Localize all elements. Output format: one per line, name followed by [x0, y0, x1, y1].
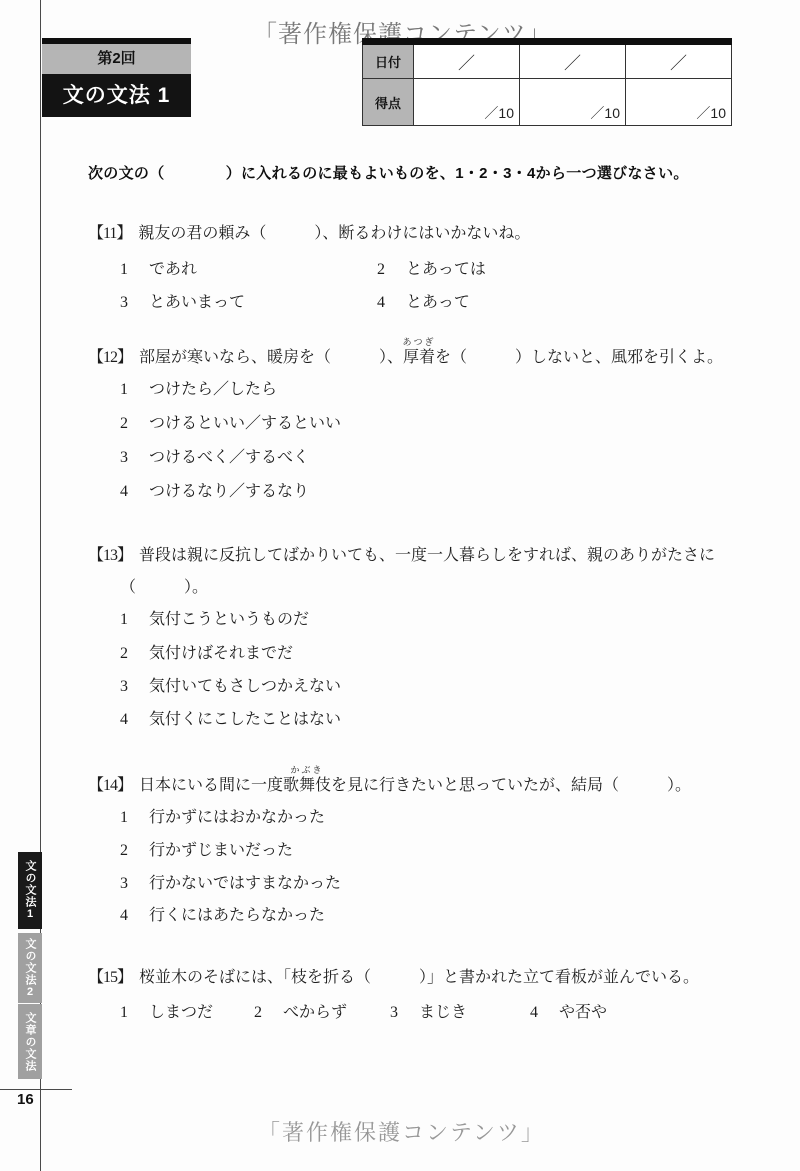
q11-option-3-number: 3	[118, 294, 130, 312]
q11-option-4-number: 4	[375, 294, 387, 312]
footer-rule	[0, 1089, 72, 1090]
q12-option-4-text: つけるなり／するなり	[149, 483, 309, 500]
textbook-page: 「著作権保護コンテンツ」 第2回 文の文法 1 日付 ／ ／ ／ 得点 ／10 …	[0, 0, 800, 1171]
q11-option-3-text: とあいまって	[149, 294, 245, 311]
q12-option-1-text: つけたら／したら	[149, 381, 277, 398]
furigana-atsugi: あつぎ	[403, 335, 436, 348]
question-14-number: 【14】	[88, 777, 132, 794]
question-13-line2: （ ）。	[120, 574, 208, 597]
score-cell-2: ／10	[520, 79, 626, 126]
q11-option-4: 4とあって	[375, 289, 470, 312]
question-14-text-pre: 日本にいる間に一度	[139, 777, 283, 794]
ruby-atsugi: あつぎ厚着	[403, 344, 435, 367]
q11-option-1-text: であれ	[149, 261, 197, 278]
q13-option-3-number: 3	[118, 678, 130, 696]
q11-option-1: 1であれ	[118, 256, 197, 279]
q13-option-2: 2気付けばそれまでだ	[118, 640, 293, 663]
q12-option-3-text: つけるべく／するべく	[149, 449, 309, 466]
score-cell-3: ／10	[626, 79, 732, 126]
date-label: 日付	[363, 42, 414, 79]
q12-option-4-number: 4	[118, 483, 130, 501]
copyright-watermark-bottom: 「著作権保護コンテンツ」	[258, 1116, 545, 1147]
lesson-round-label: 第2回	[42, 44, 191, 74]
q14-option-3-number: 3	[118, 875, 130, 893]
q14-option-2: 2行かずじまいだった	[118, 837, 293, 860]
question-15-number: 【15】	[88, 969, 132, 986]
question-13-text-line1: 普段は親に反抗してばかりいても、一度一人暮らしをすれば、親のありがたさに	[139, 547, 715, 564]
q11-option-2: 2とあっては	[375, 256, 486, 279]
q13-option-1-number: 1	[118, 611, 130, 629]
q15-option-3-text: まじき	[419, 1004, 467, 1021]
q13-option-1: 1気付こうというものだ	[118, 606, 309, 629]
q11-option-1-number: 1	[118, 261, 130, 279]
q12-option-2: 2つけるといい／するといい	[118, 410, 341, 433]
q13-option-3: 3気付いてもさしつかえない	[118, 673, 341, 696]
q15-option-4-number: 4	[528, 1004, 540, 1022]
q14-option-2-number: 2	[118, 842, 130, 860]
question-14: 【14】日本にいる間に一度かぶき歌舞伎を見に行きたいと思っていたが、結局（ ）。	[88, 772, 691, 795]
score-cell-1: ／10	[414, 79, 520, 126]
ruby-base-atsugi: 厚着	[403, 349, 435, 366]
q12-option-2-text: つけるといい／するといい	[149, 415, 341, 432]
question-13-number: 【13】	[88, 547, 132, 564]
instruction-text: 次の文の（ ）に入れるのに最もよいものを、1・2・3・4から一つ選びなさい。	[88, 162, 689, 183]
score-table: 日付 ／ ／ ／ 得点 ／10 ／10 ／10	[362, 38, 732, 126]
sidebar-tab-bun-no-bunpo-1: 文の文法1	[18, 852, 42, 929]
q11-option-2-text: とあっては	[406, 261, 486, 278]
question-11: 【11】親友の君の頼み（ ）、断るわけにはいかないね。	[88, 220, 530, 243]
question-14-text-post: を見に行きたいと思っていたが、結局（ ）。	[331, 777, 691, 794]
q15-option-2-text: べからず	[283, 1004, 347, 1021]
date-cell-1: ／	[414, 42, 520, 79]
q14-option-2-text: 行かずじまいだった	[149, 842, 293, 859]
question-12-number: 【12】	[88, 349, 132, 366]
q15-option-1: 1しまつだ	[118, 999, 213, 1022]
lesson-title: 文の文法 1	[42, 74, 191, 117]
score-label: 得点	[363, 79, 414, 126]
question-15: 【15】桜並木のそばには、「枝を折る（ ）」と書かれた立て看板が並んでいる。	[88, 964, 699, 987]
q14-option-1-number: 1	[118, 809, 130, 827]
question-12-text-post: を（ ）しないと、風邪を引くよ。	[435, 349, 723, 366]
q11-option-2-number: 2	[375, 261, 387, 279]
sidebar-tab-bunsho-no-bunpo: 文章の文法	[18, 1004, 42, 1079]
q14-option-4-text: 行くにはあたらなかった	[149, 907, 325, 924]
q15-option-2-number: 2	[252, 1004, 264, 1022]
q14-option-3-text: 行かないではすまなかった	[149, 875, 341, 892]
q14-option-4: 4行くにはあたらなかった	[118, 902, 325, 925]
q13-option-1-text: 気付こうというものだ	[149, 611, 309, 628]
q15-option-1-text: しまつだ	[149, 1004, 213, 1021]
furigana-kabuki: かぶき	[291, 763, 324, 776]
question-11-number: 【11】	[88, 225, 131, 242]
q11-option-4-text: とあって	[406, 294, 470, 311]
ruby-base-kabuki: 歌舞伎	[283, 777, 331, 794]
q15-option-4-text: や否や	[559, 1004, 607, 1021]
q15-option-3: 3まじき	[388, 999, 467, 1022]
q13-option-4: 4気付くにこしたことはない	[118, 706, 341, 729]
q12-option-1: 1つけたら／したら	[118, 376, 277, 399]
q14-option-1: 1行かずにはおかなかった	[118, 804, 325, 827]
page-number: 16	[17, 1091, 34, 1108]
question-15-text: 桜並木のそばには、「枝を折る（ ）」と書かれた立て看板が並んでいる。	[139, 969, 699, 986]
q12-option-4: 4つけるなり／するなり	[118, 478, 309, 501]
q12-option-3-number: 3	[118, 449, 130, 467]
q15-option-2: 2べからず	[252, 999, 347, 1022]
q13-option-4-number: 4	[118, 711, 130, 729]
q11-option-3: 3とあいまって	[118, 289, 245, 312]
question-12-text-pre: 部屋が寒いなら、暖房を（ ）、	[139, 349, 403, 366]
lesson-header: 第2回 文の文法 1	[42, 38, 191, 117]
q12-option-2-number: 2	[118, 415, 130, 433]
question-13: 【13】普段は親に反抗してばかりいても、一度一人暮らしをすれば、親のありがたさに	[88, 542, 715, 565]
q15-option-3-number: 3	[388, 1004, 400, 1022]
q14-option-4-number: 4	[118, 907, 130, 925]
q13-option-3-text: 気付いてもさしつかえない	[149, 678, 341, 695]
q13-option-4-text: 気付くにこしたことはない	[149, 711, 341, 728]
score-table-score-row: 得点 ／10 ／10 ／10	[363, 79, 732, 126]
question-11-text: 親友の君の頼み（ ）、断るわけにはいかないね。	[138, 225, 530, 242]
score-table-date-row: 日付 ／ ／ ／	[363, 42, 732, 79]
ruby-kabuki: かぶき歌舞伎	[283, 772, 331, 795]
q13-option-2-number: 2	[118, 645, 130, 663]
q13-option-2-text: 気付けばそれまでだ	[149, 645, 293, 662]
q15-option-4: 4や否や	[528, 999, 607, 1022]
date-cell-2: ／	[520, 42, 626, 79]
q15-option-1-number: 1	[118, 1004, 130, 1022]
q12-option-3: 3つけるべく／するべく	[118, 444, 309, 467]
q14-option-1-text: 行かずにはおかなかった	[149, 809, 325, 826]
question-12: 【12】部屋が寒いなら、暖房を（ ）、あつぎ厚着を（ ）しないと、風邪を引くよ。	[88, 344, 723, 367]
date-cell-3: ／	[626, 42, 732, 79]
q14-option-3: 3行かないではすまなかった	[118, 870, 341, 893]
sidebar-tab-bun-no-bunpo-2: 文の文法2	[18, 933, 42, 1003]
q12-option-1-number: 1	[118, 381, 130, 399]
